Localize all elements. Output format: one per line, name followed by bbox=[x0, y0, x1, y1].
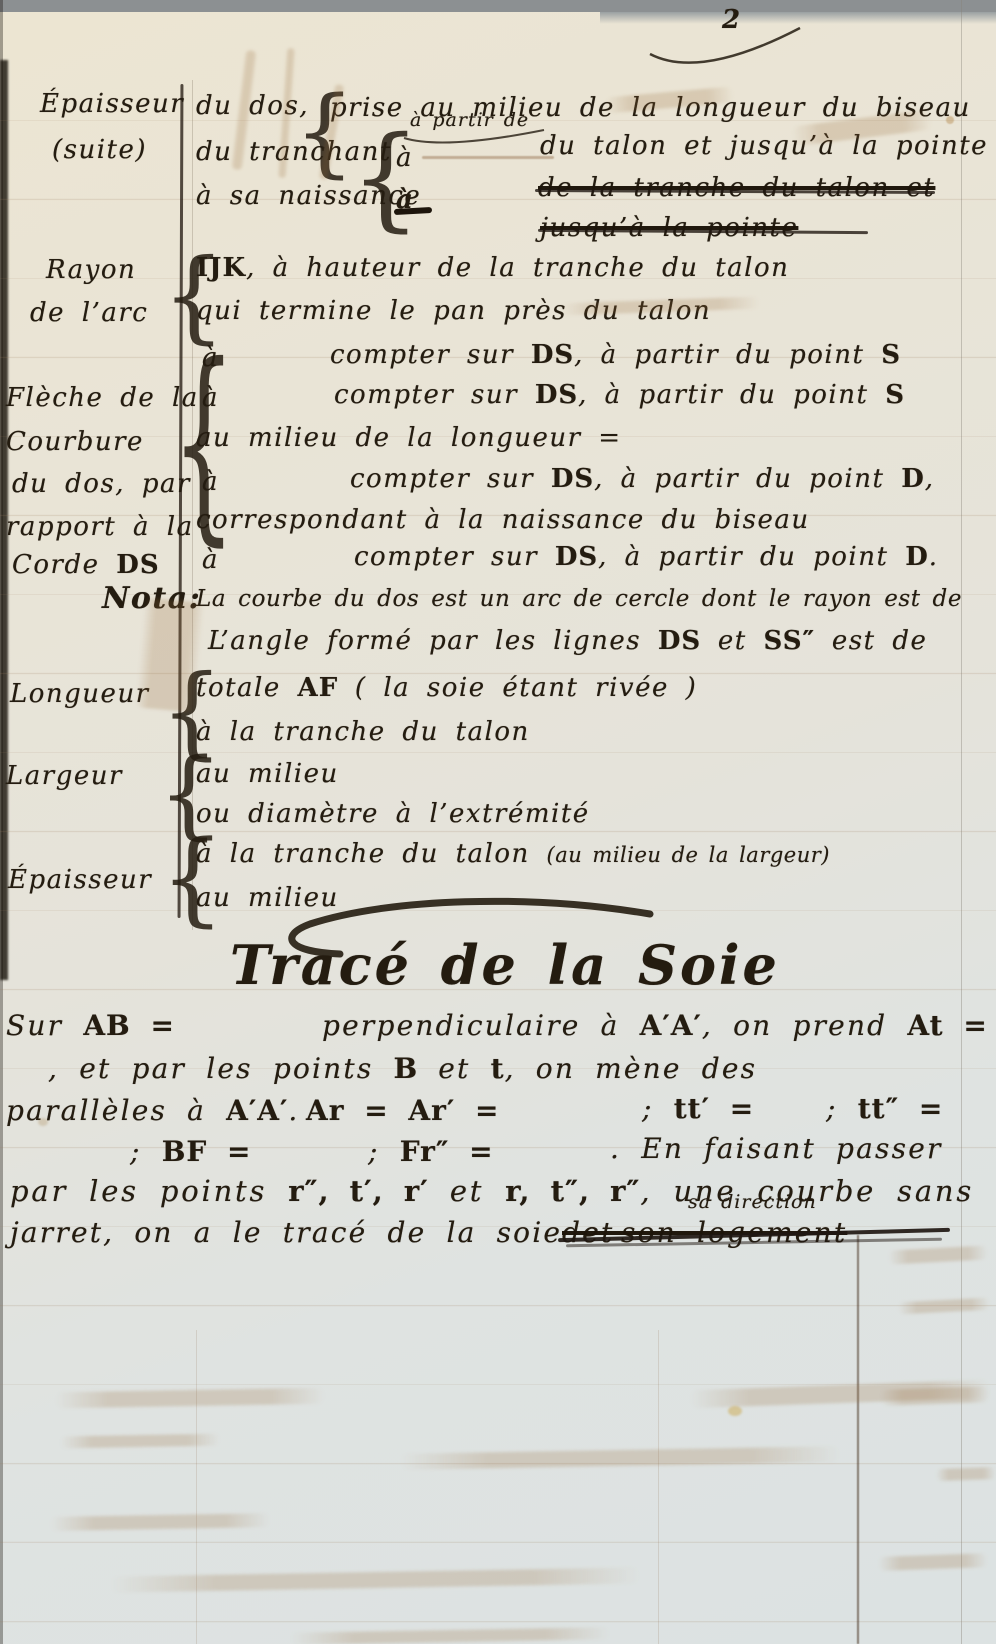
row-tranche-talon: à la tranche du talon bbox=[196, 718, 530, 748]
para-tt2: ; tt″ = bbox=[826, 1093, 943, 1125]
bleedthrough-smudge bbox=[50, 1513, 270, 1531]
label-fleche-1: Flèche de la bbox=[6, 384, 199, 414]
row-compter-1: compter sur DS, à partir du point S bbox=[330, 341, 901, 371]
label-fleche-3: du dos, par bbox=[12, 470, 191, 500]
label-fleche-5: Corde DS bbox=[12, 551, 160, 581]
row-a-blank-1: à bbox=[396, 144, 413, 174]
row-compter-2: compter sur DS, à partir du point S bbox=[334, 381, 905, 411]
row-totale: totale AF ( la soie étant rivée ) bbox=[196, 674, 697, 704]
para-bf: ; BF = bbox=[130, 1136, 252, 1168]
label-epaisseur-suite-2: (suite) bbox=[52, 136, 147, 166]
label-longueur: Longueur bbox=[10, 680, 150, 710]
bleedthrough-smudge bbox=[888, 1245, 989, 1264]
row-correspondant: correspondant à la naissance du biseau bbox=[196, 506, 810, 536]
para-paralleles: parallèles à A′A′. bbox=[6, 1095, 300, 1127]
manuscript-page: 2 Épaisseur (suite) Rayon de l’arc Flèch… bbox=[0, 0, 996, 1644]
label-largeur: Largeur bbox=[6, 762, 123, 792]
para-jarret: jarret, on a le tracé de la soie et bbox=[10, 1217, 614, 1249]
row-a-blank-5: à bbox=[202, 468, 219, 498]
para-en-faisant: . En faisant passer bbox=[610, 1133, 943, 1165]
ink-dash bbox=[394, 207, 432, 215]
para-ar: Ar = Ar′ = bbox=[306, 1095, 500, 1127]
bleedthrough-smudge bbox=[936, 1467, 996, 1481]
para-perpendiculaire: perpendiculaire à A′A′, on prend At = bbox=[322, 1010, 988, 1042]
label-fleche-4: rapport à la bbox=[6, 513, 194, 543]
row-a-blank-3: à bbox=[202, 344, 219, 374]
row-milieu-longueur: au milieu de la longueur = bbox=[196, 424, 622, 454]
bleedthrough-smudge bbox=[55, 1388, 325, 1409]
photo-left-edge bbox=[0, 0, 3, 1644]
row-milieu-1: au milieu bbox=[196, 760, 339, 790]
bleedthrough-smudge bbox=[135, 598, 204, 713]
bleedthrough-smudge bbox=[400, 1446, 840, 1470]
paper-stain bbox=[38, 1118, 48, 1126]
bleedthrough-smudge bbox=[880, 1386, 990, 1406]
row-a-blank-6: à bbox=[202, 546, 219, 576]
bleedthrough-smudge bbox=[898, 1298, 991, 1315]
para-points-b-t: , et par les points B et t, on mène des bbox=[48, 1053, 757, 1085]
row-naissance: à sa naissance bbox=[196, 182, 421, 212]
insertion-flourish bbox=[400, 126, 550, 148]
row-compter-3: compter sur DS, à partir du point D, bbox=[350, 465, 935, 495]
row-dutalon: du talon et jusqu’à la pointe bbox=[540, 132, 988, 162]
label-epaisseur-suite: Épaisseur bbox=[40, 90, 184, 120]
row-compter-4: compter sur DS, à partir du point D. bbox=[354, 543, 939, 573]
section-heading: Tracé de la Soie bbox=[230, 934, 780, 996]
label-rayon: Rayon bbox=[46, 256, 136, 286]
paper-stain bbox=[946, 116, 954, 124]
para-fr: ; Fr″ = bbox=[368, 1136, 494, 1168]
photo-top-edge bbox=[0, 0, 996, 12]
para-tt1: ; tt′ = bbox=[642, 1093, 754, 1125]
bleedthrough-smudge bbox=[110, 1567, 640, 1592]
table-rule-bleedthrough bbox=[857, 1235, 859, 1644]
para-points-liste: par les points r″, t′, r′ et r, t″, r″, … bbox=[10, 1175, 974, 1208]
row-ijk: IJK, à hauteur de la tranche du talon bbox=[196, 254, 789, 284]
row-angle: L’angle formé par les lignes DS et SS″ e… bbox=[208, 627, 927, 657]
insertion-sa-direction: sa direction bbox=[688, 1192, 817, 1214]
row-tranche-talon-2: à la tranche du talon (au milieu de la l… bbox=[196, 840, 830, 870]
label-fleche-2: Courbure bbox=[6, 428, 144, 458]
label-epaisseur: Épaisseur bbox=[8, 866, 152, 896]
faded-blank-line bbox=[422, 156, 554, 159]
bleedthrough-smudge bbox=[878, 1553, 988, 1571]
row-nota-text: La courbe du dos est un arc de cercle do… bbox=[196, 586, 962, 612]
label-rayon-2: de l’arc bbox=[30, 299, 148, 329]
row-tranchant: du tranchant bbox=[196, 138, 392, 168]
row-diametre: ou diamètre à l’extrémité bbox=[196, 800, 590, 830]
ruled-line-vertical bbox=[196, 1330, 197, 1644]
para-sur-ab: Sur AB = bbox=[6, 1010, 175, 1042]
bleedthrough-smudge bbox=[290, 1627, 610, 1644]
page-number-flourish bbox=[640, 18, 810, 78]
paper-stain bbox=[728, 1406, 742, 1416]
row-a-blank-4: à bbox=[202, 384, 219, 414]
ruled-line-vertical bbox=[658, 1330, 659, 1644]
